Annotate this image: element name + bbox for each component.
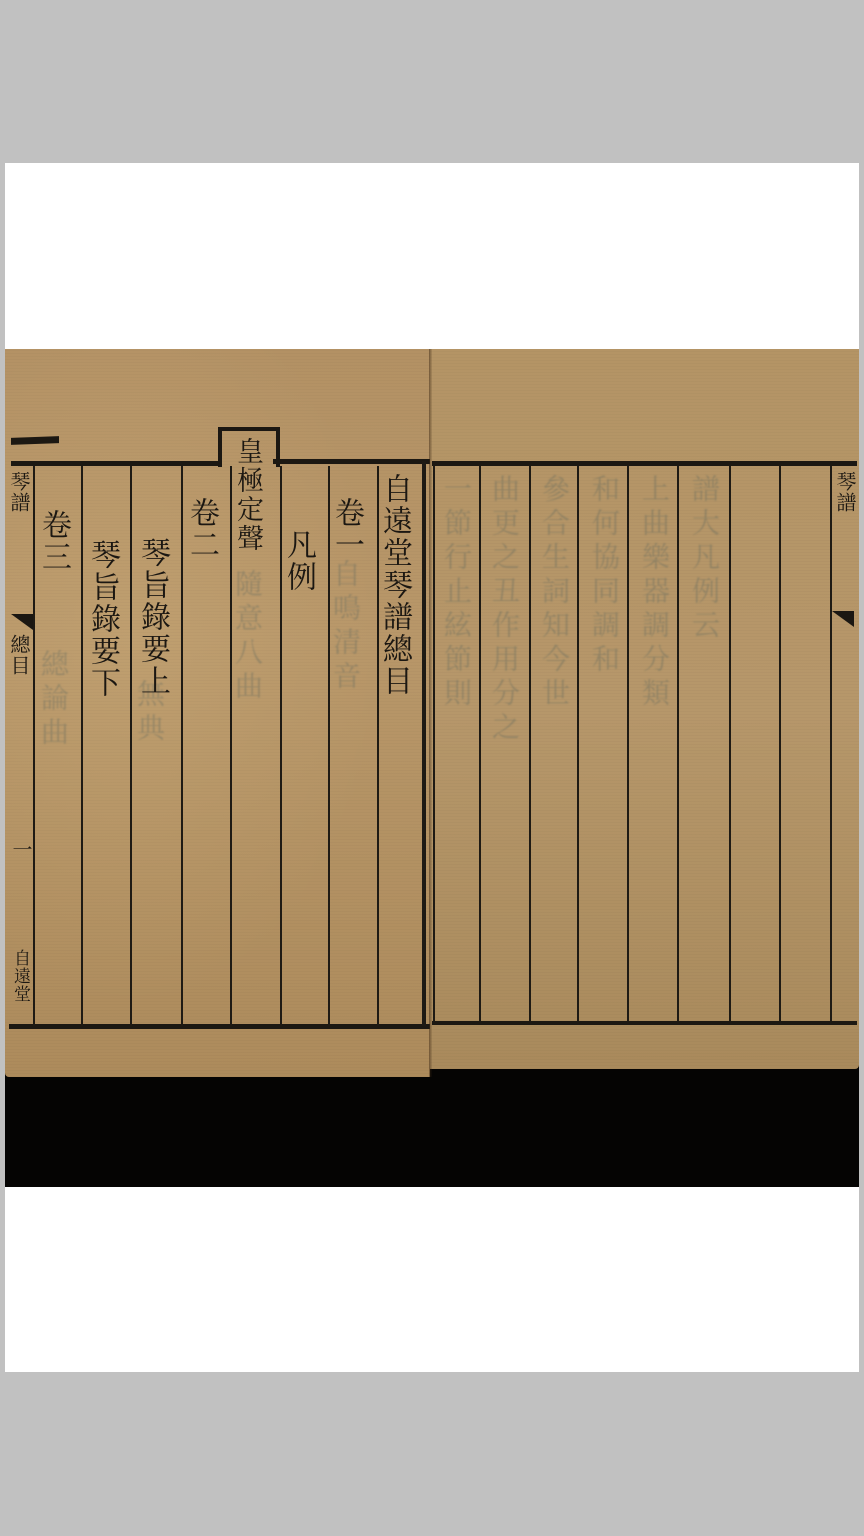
banxin-title: 琴譜 <box>9 471 29 513</box>
bottom-border <box>9 1024 430 1029</box>
top-border-left <box>11 461 221 466</box>
column-line <box>81 466 83 1026</box>
top-border <box>432 461 857 466</box>
column-line <box>729 466 731 1021</box>
column-line <box>479 466 481 1021</box>
column-line <box>181 466 183 1026</box>
left-leaf: 琴譜 總目 一 自遠堂 自鳴清音 隨意八曲 無典 總論曲 自遠堂琴譜總目 卷一 … <box>5 349 430 1077</box>
toc-entry-qinzhi-luyao-shang: 琴旨錄要上 <box>137 537 167 697</box>
bleed-through-column: 和何協同調和 <box>590 474 618 678</box>
bottom-border <box>432 1021 857 1025</box>
column-line <box>433 466 435 1021</box>
book-gutter-fold <box>429 349 432 1077</box>
banxin-page-number: 一 <box>11 839 31 860</box>
toc-entry-huangji-dingsheng: 皇極定聲 <box>234 437 261 553</box>
banxin-title: 琴譜 <box>835 471 855 513</box>
bleed-through-column: 上曲樂器調分類 <box>640 474 668 712</box>
book-scan-image: 琴譜 總目 一 自遠堂 自鳴清音 隨意八曲 無典 總論曲 自遠堂琴譜總目 卷一 … <box>5 349 859 1187</box>
bleed-through-column: 一節行止絃節則 <box>442 474 470 712</box>
bleed-through-column: 曲更之丑作用分之 <box>490 474 518 746</box>
column-line <box>130 466 132 1026</box>
column-line <box>577 466 579 1021</box>
column-line <box>779 466 781 1021</box>
toc-entry-juan1: 卷一 <box>331 497 361 561</box>
bleed-through-column: 參合生詞知今世 <box>540 474 568 712</box>
bleed-through-text: 隨意八曲 <box>233 569 261 705</box>
column-line <box>677 466 679 1021</box>
toc-entry-fanli: 凡例 <box>283 529 313 593</box>
column-line <box>830 466 832 1021</box>
bleed-through-column: 譜大凡例云 <box>690 474 718 644</box>
column-line <box>529 466 531 1021</box>
banxin-publisher: 自遠堂 <box>11 949 28 1003</box>
right-frame-line <box>422 461 426 1026</box>
column-line <box>33 466 35 1026</box>
fishtail-mark-icon <box>11 614 33 630</box>
bleed-through-text: 自鳴清音 <box>331 559 359 695</box>
column-line <box>627 466 629 1021</box>
top-border-right <box>273 459 430 464</box>
right-leaf: 一節行止絃節則 曲更之丑作用分之 參合生詞知今世 和何協同調和 上曲樂器調分類 … <box>430 349 859 1069</box>
banxin-section: 總目 <box>9 634 29 676</box>
bleed-through-text: 總論曲 <box>39 649 67 751</box>
top-border-stub <box>11 436 59 445</box>
toc-entry-qinzhi-luyao-xia: 琴旨錄要下 <box>87 539 117 699</box>
toc-title: 自遠堂琴譜總目 <box>379 473 409 697</box>
toc-entry-juan3: 卷三 <box>38 509 68 573</box>
fishtail-mark-icon <box>832 611 854 627</box>
toc-entry-juan2: 卷二 <box>186 497 216 561</box>
